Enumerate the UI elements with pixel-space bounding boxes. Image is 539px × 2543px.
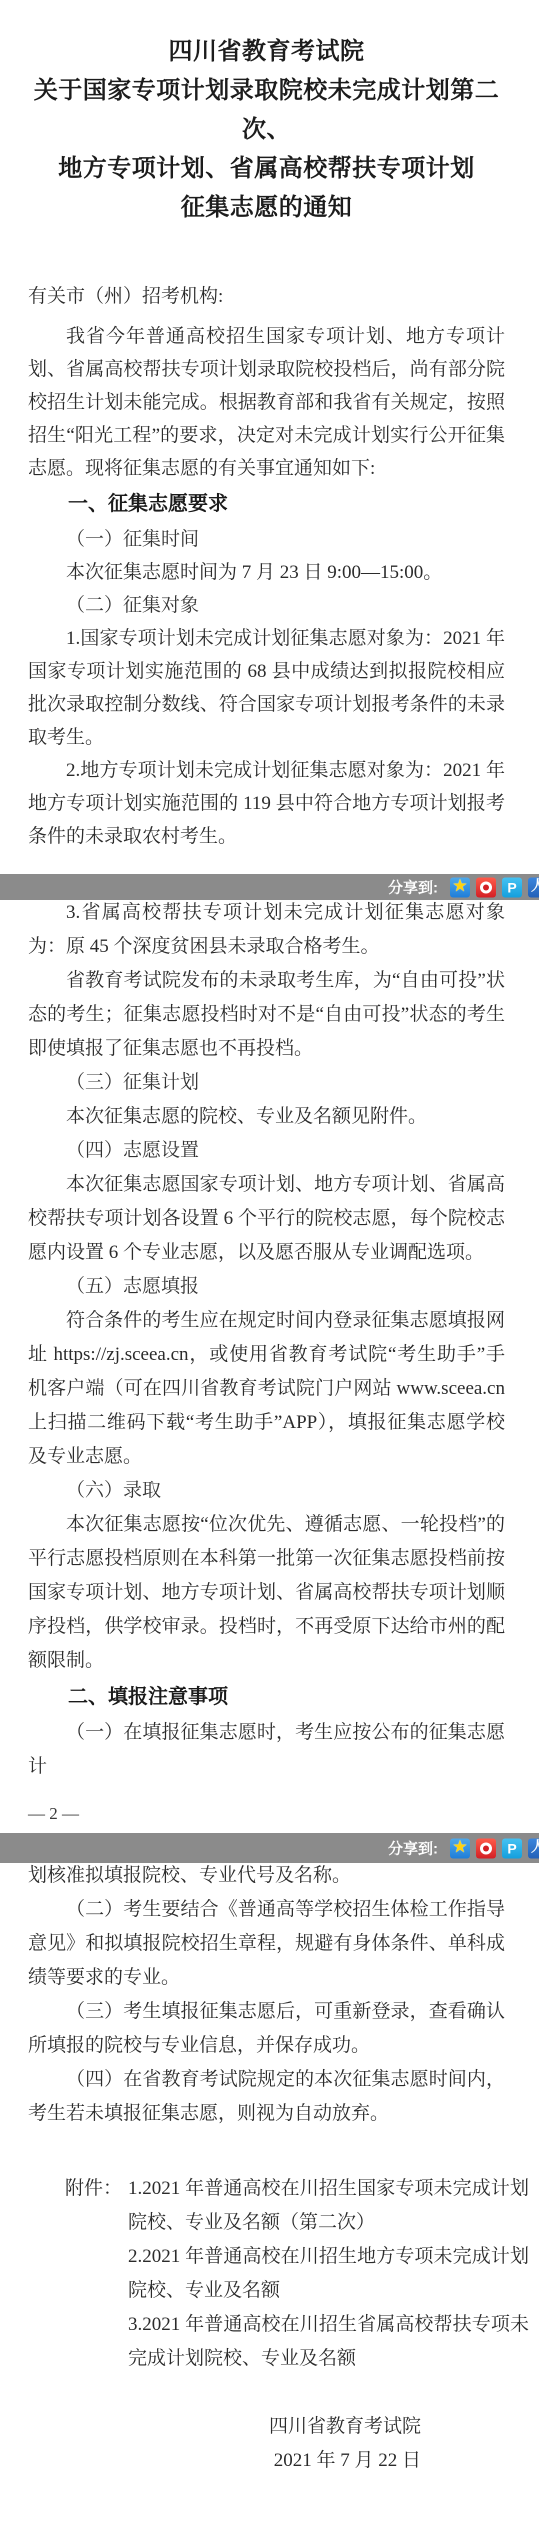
signature-block: 四川省教育考试院 2021 年 7 月 22 日	[28, 2410, 505, 2478]
share-label: 分享到:	[388, 877, 438, 898]
subsection-1-3: （三）征集计划	[28, 1066, 505, 1100]
collection-time-paragraph: 本次征集志愿时间为 7 月 23 日 9:00—15:00。	[28, 556, 505, 589]
renren-share-icon[interactable]: 人	[528, 877, 539, 897]
admission-paragraph: 本次征集志愿按“位次优先、遵循志愿、一轮投档”的平行志愿投档原则在本科第一批第一…	[28, 1508, 505, 1678]
title-line-2: 关于国家专项计划录取院校未完成计划第二次、	[28, 72, 505, 150]
note-3: （三）考生填报征集志愿后，可重新登录，查看确认所填报的院校与专业信息，并保存成功…	[28, 1995, 505, 2063]
sina-weibo-share-icon[interactable]	[476, 1838, 496, 1858]
qzone-share-icon[interactable]: ★	[450, 1838, 470, 1858]
attachment-item-2: 2.2021 年普通高校在川招生地方专项未完成计划院校、专业及名额	[128, 2240, 529, 2308]
renren-share-icon[interactable]: 人	[528, 1838, 539, 1858]
intro-paragraph: 我省今年普通高校招生国家专项计划、地方专项计划、省属高校帮扶专项计划录取院校投档…	[28, 320, 505, 485]
note-1-start: （一）在填报征集志愿时，考生应按公布的征集志愿计	[28, 1716, 505, 1784]
target-item-1: 1.国家专项计划未完成计划征集志愿对象为：2021 年国家专项计划实施范围的 6…	[28, 622, 505, 754]
note-4: （四）在省教育考试院规定的本次征集志愿时间内，考生若未填报征集志愿，则视为自动放…	[28, 2063, 505, 2131]
filling-paragraph: 符合条件的考生应在规定时间内登录征集志愿填报网址 https://zj.scee…	[28, 1304, 505, 1474]
attachment-item-3: 3.2021 年普通高校在川招生省属高校帮扶专项未完成计划院校、专业及名额	[128, 2308, 529, 2376]
weibo-eye-glyph	[480, 1842, 492, 1854]
subsection-1-4: （四）志愿设置	[28, 1134, 505, 1168]
tencent-pengyou-share-icon[interactable]: P	[502, 1838, 522, 1858]
free-status-paragraph: 省教育考试院发布的未录取考生库，为“自由可投”状态的考生；征集志愿投档时对不是“…	[28, 964, 505, 1066]
issue-date: 2021 年 7 月 22 日	[28, 2444, 421, 2478]
subsection-1-1: （一）征集时间	[28, 523, 505, 556]
salutation: 有关市（州）招考机构:	[28, 280, 505, 313]
document-viewer: 四川省教育考试院 关于国家专项计划录取院校未完成计划第二次、 地方专项计划、省属…	[0, 0, 539, 2543]
title-line-3: 地方专项计划、省属高校帮扶专项计划	[28, 150, 505, 189]
tencent-pengyou-share-icon[interactable]: P	[502, 877, 522, 897]
document-title: 四川省教育考试院 关于国家专项计划录取院校未完成计划第二次、 地方专项计划、省属…	[28, 33, 505, 228]
title-line-1: 四川省教育考试院	[28, 33, 505, 72]
sina-weibo-share-icon[interactable]	[476, 877, 496, 897]
share-bar-2: 分享到: ★ P 人	[0, 1833, 539, 1863]
share-label: 分享到:	[388, 1838, 438, 1859]
volunteer-setup-paragraph: 本次征集志愿国家专项计划、地方专项计划、省属高校帮扶专项计划各设置 6 个平行的…	[28, 1168, 505, 1270]
qzone-share-icon[interactable]: ★	[450, 877, 470, 897]
attachments-label: 附件：	[65, 2172, 122, 2206]
notice-page-1: 四川省教育考试院 关于国家专项计划录取院校未完成计划第二次、 地方专项计划、省属…	[0, 0, 539, 898]
target-item-3: 3.省属高校帮扶专项计划未完成计划征集志愿对象为：原 45 个深度贫困县未录取合…	[28, 896, 505, 964]
subsection-1-2: （二）征集对象	[28, 589, 505, 622]
attachments-list: 附件： 1.2021 年普通高校在川招生国家专项未完成计划院校、专业及名额（第二…	[28, 2172, 529, 2376]
page-number-2: — 2 —	[28, 1802, 505, 1826]
notice-page-3: 划核准拟填报院校、专业代号及名称。 （二）考生要结合《普通高等学校招生体检工作指…	[0, 1859, 539, 2478]
note-1-continuation: 划核准拟填报院校、专业代号及名称。	[28, 1859, 505, 1893]
plan-paragraph: 本次征集志愿的院校、专业及名额见附件。	[28, 1100, 505, 1134]
share-bar-1: 分享到: ★ P 人	[0, 874, 539, 900]
section-heading-1: 一、征集志愿要求	[28, 485, 505, 523]
title-line-4: 征集志愿的通知	[28, 189, 505, 228]
subsection-1-6: （六）录取	[28, 1474, 505, 1508]
section-heading-2: 二、填报注意事项	[28, 1678, 505, 1716]
issuer-signature: 四川省教育考试院	[28, 2410, 421, 2444]
subsection-1-5: （五）志愿填报	[28, 1270, 505, 1304]
notice-page-2: 3.省属高校帮扶专项计划未完成计划征集志愿对象为：原 45 个深度贫困县未录取合…	[0, 896, 539, 1826]
weibo-eye-glyph	[480, 881, 492, 893]
target-item-2: 2.地方专项计划未完成计划征集志愿对象为：2021 年地方专项计划实施范围的 1…	[28, 754, 505, 853]
note-2: （二）考生要结合《普通高等学校招生体检工作指导意见》和拟填报院校招生章程，规避有…	[28, 1893, 505, 1995]
attachment-item-1: 1.2021 年普通高校在川招生国家专项未完成计划院校、专业及名额（第二次）	[128, 2172, 529, 2240]
